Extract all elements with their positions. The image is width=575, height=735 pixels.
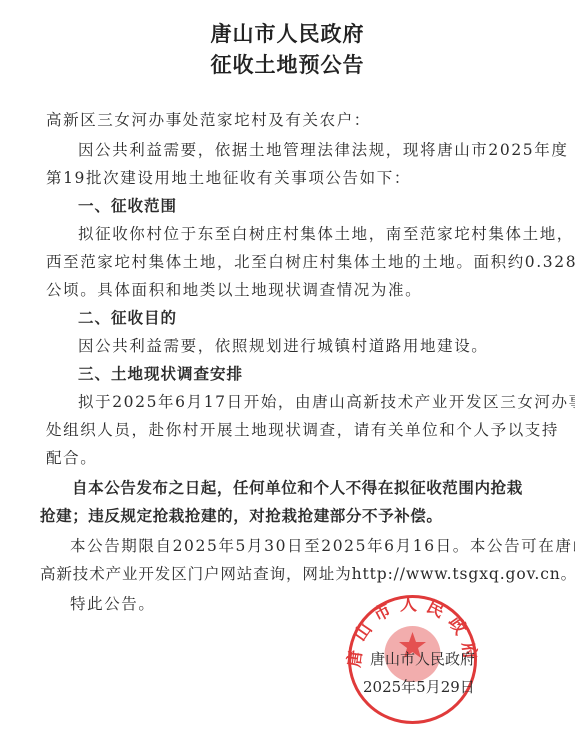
survey-line-3: 配合。 [46, 446, 97, 468]
closing-text: 特此公告。 [70, 592, 156, 614]
document-title-issuer: 唐山市人民政府 [0, 18, 575, 48]
warning-line-1: 自本公告发布之日起，任何单位和个人不得在拟征收范围内抢栽 [72, 476, 523, 498]
notice-page: 唐山市人民政府 征收土地预公告 高新区三女河办事处范家坨村及有关农户： 因公共利… [0, 0, 575, 735]
warning-line-2: 抢建；违反规定抢栽抢建的，对抢栽抢建部分不予补偿。 [40, 504, 443, 526]
intro-line-1: 因公共利益需要，依据土地管理法律法规，现将唐山市2025年度 [78, 138, 568, 160]
section-heading-survey: 三、土地现状调查安排 [78, 362, 243, 384]
signature-issuer: 唐山市人民政府 [370, 648, 475, 669]
section-heading-scope: 一、征收范围 [78, 194, 177, 216]
salutation: 高新区三女河办事处范家坨村及有关农户： [46, 108, 371, 130]
scope-line-1: 拟征收你村位于东至白树庄村集体土地，南至范家坨村集体土地， [78, 222, 574, 244]
signature-date: 2025年5月29日 [363, 676, 475, 697]
section-heading-purpose: 二、征收目的 [78, 306, 177, 328]
scope-line-2: 西至范家坨村集体土地，北至白树庄村集体土地的土地。面积约0.3289 [46, 250, 575, 272]
purpose-line-1: 因公共利益需要，依照规划进行城镇村道路用地建设。 [78, 334, 488, 356]
document-title: 征收土地预公告 [0, 49, 575, 79]
intro-line-2: 第19批次建设用地土地征收有关事项公告如下： [46, 166, 411, 188]
survey-line-1: 拟于2025年6月17日开始，由唐山高新技术产业开发区三女河办事 [78, 390, 575, 412]
scope-line-3: 公顷。具体面积和地类以土地现状调查情况为准。 [46, 278, 422, 300]
period-line-2: 高新技术产业开发区门户网站查询，网址为http://www.tsgxq.gov.… [40, 562, 575, 584]
survey-line-2: 处组织人员，赴你村开展土地现状调查，请有关单位和个人予以支持 [46, 418, 559, 440]
period-line-1: 本公告期限自2025年5月30日至2025年6月16日。本公告可在唐山 [70, 534, 575, 556]
